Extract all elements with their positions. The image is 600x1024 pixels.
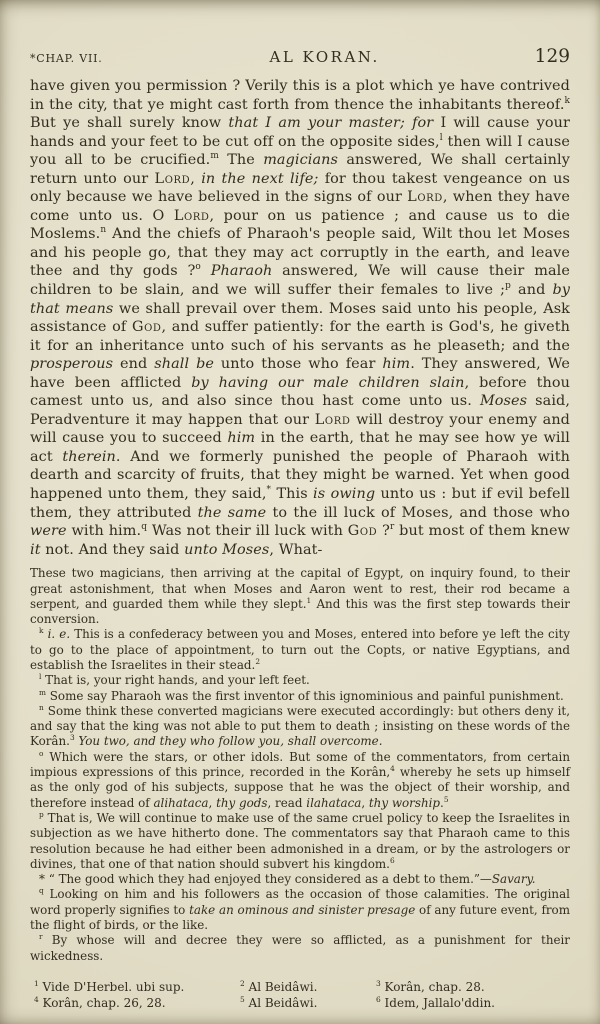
footnote-k: k i. e. This is a confederacy between yo…	[30, 627, 570, 673]
footnote-o: o Which were the stars, or other idols. …	[30, 750, 570, 811]
running-title: AL KORAN.	[270, 48, 380, 66]
reference-6: 6 Idem, Jallalo'ddin.	[376, 996, 566, 1011]
book-page: *CHAP. VII. AL KORAN. 129 have given you…	[0, 0, 600, 1024]
running-head: *CHAP. VII. AL KORAN. 129	[30, 46, 570, 68]
page-number: 129	[535, 46, 570, 67]
footnote-r: r By whose will and decree they were so …	[30, 933, 570, 964]
reference-2: 2 Al Beidâwi.	[240, 980, 376, 995]
footnote-q: q Looking on him and his followers as th…	[30, 887, 570, 933]
reference-5: 5 Al Beidâwi.	[240, 996, 376, 1011]
footnotes-section: These two magicians, then arriving at th…	[30, 566, 570, 964]
footnote-l: l That is, your right hands, and your le…	[30, 673, 570, 688]
footnote-p: p That is, We will continue to make use …	[30, 811, 570, 872]
footnote-m: m Some say Pharaoh was the first invento…	[30, 689, 570, 704]
reference-4: 4 Korân, chap. 26, 28.	[34, 996, 240, 1011]
footnote-n: n Some think these converted magicians w…	[30, 704, 570, 750]
references-section: 1 Vide D'Herbel. ubi sup. 2 Al Beidâwi. …	[34, 980, 566, 1011]
footnote-continuation: These two magicians, then arriving at th…	[30, 566, 570, 627]
footnote-star: * “ The good which they had enjoyed they…	[30, 872, 570, 887]
reference-1: 1 Vide D'Herbel. ubi sup.	[34, 980, 240, 995]
main-text: have given you permission ? Verily this …	[30, 77, 570, 559]
chapter-label: *CHAP. VII.	[30, 52, 103, 65]
reference-3: 3 Korân, chap. 28.	[376, 980, 566, 995]
